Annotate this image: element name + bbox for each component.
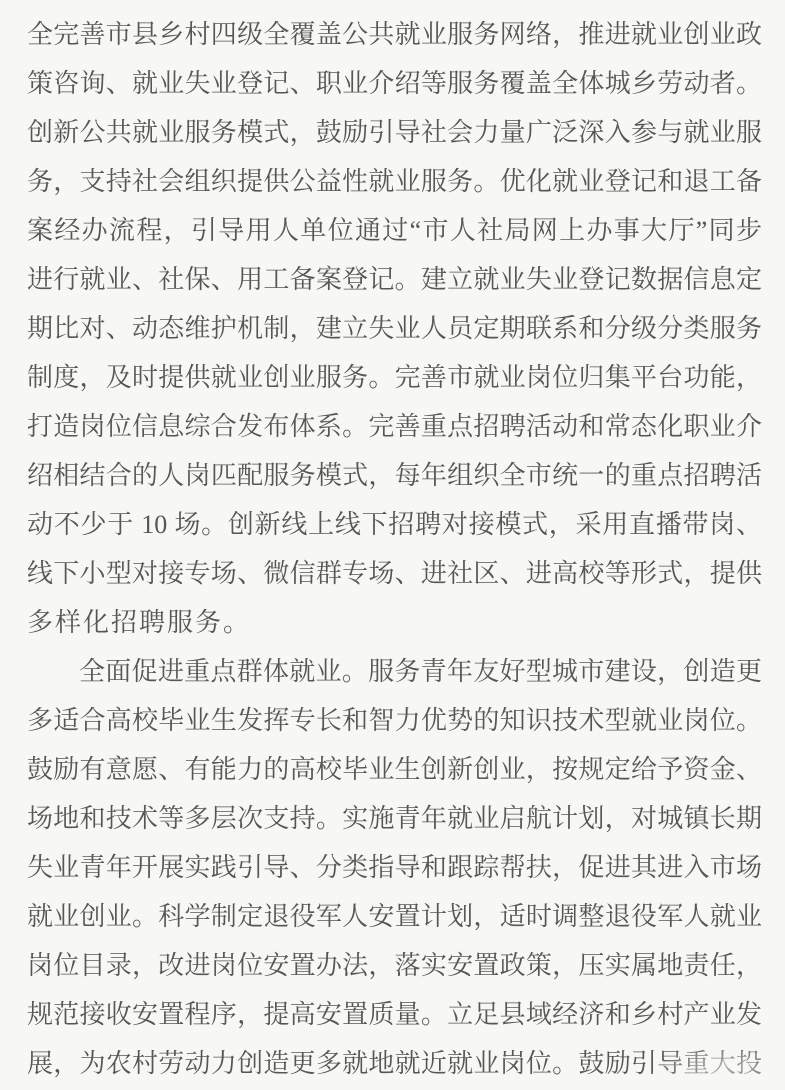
- text-line: 全面促进重点群体就业。服务青年友好型城市建设，创造更: [27, 647, 762, 696]
- document-page: 全完善市县乡村四级全覆盖公共就业服务网络，推进就业创业政 策咨询、就业失业登记、…: [27, 10, 762, 1088]
- text-line: 场地和技术等多层次支持。实施青年就业启航计划，对城镇长期: [27, 794, 762, 843]
- text-line: 岗位目录，改进岗位安置办法，落实安置政策，压实属地责任，: [27, 941, 762, 990]
- text-line: 鼓励有意愿、有能力的高校毕业生创新创业，按规定给予资金、: [27, 745, 762, 794]
- paragraph-key-groups-employment: 全面促进重点群体就业。服务青年友好型城市建设，创造更 多适合高校毕业生发挥专长和…: [27, 647, 762, 1088]
- text-line: 案经办流程，引导用人单位通过“市人社局网上办事大厅”同步: [27, 206, 762, 255]
- text-line: 全完善市县乡村四级全覆盖公共就业服务网络，推进就业创业政: [27, 10, 762, 59]
- text-line: 制度，及时提供就业创业服务。完善市就业岗位归集平台功能，: [27, 353, 762, 402]
- text-line: 策咨询、就业失业登记、职业介绍等服务覆盖全体城乡劳动者。: [27, 59, 762, 108]
- text-line: 失业青年开展实践引导、分类指导和跟踪帮扶，促进其进入市场: [27, 843, 762, 892]
- text-line: 就业创业。科学制定退役军人安置计划，适时调整退役军人就业: [27, 892, 762, 941]
- text-line: 多适合高校毕业生发挥专长和智力优势的知识技术型就业岗位。: [27, 696, 762, 745]
- text-line: 打造岗位信息综合发布体系。完善重点招聘活动和常态化职业介: [27, 402, 762, 451]
- text-line: 期比对、动态维护机制，建立失业人员定期联系和分级分类服务: [27, 304, 762, 353]
- text-line: 进行就业、社保、用工备案登记。建立就业失业登记数据信息定: [27, 255, 762, 304]
- text-line: 创新公共就业服务模式，鼓励引导社会力量广泛深入参与就业服: [27, 108, 762, 157]
- text-line: 动不少于 10 场。创新线上线下招聘对接模式，采用直播带岗、: [27, 500, 762, 549]
- text-line: 务，支持社会组织提供公益性就业服务。优化就业登记和退工备: [27, 157, 762, 206]
- text-line: 线下小型对接专场、微信群专场、进社区、进高校等形式，提供: [27, 549, 762, 598]
- paragraph-employment-services: 全完善市县乡村四级全覆盖公共就业服务网络，推进就业创业政 策咨询、就业失业登记、…: [27, 10, 762, 647]
- text-line: 绍相结合的人岗匹配服务模式，每年组织全市统一的重点招聘活: [27, 451, 762, 500]
- text-line: 规范接收安置程序，提高安置质量。立足县域经济和乡村产业发: [27, 990, 762, 1039]
- text-line: 多样化招聘服务。: [27, 598, 762, 647]
- text-line: 展，为农村劳动力创造更多就地就近就业岗位。鼓励引导重大投: [27, 1039, 762, 1088]
